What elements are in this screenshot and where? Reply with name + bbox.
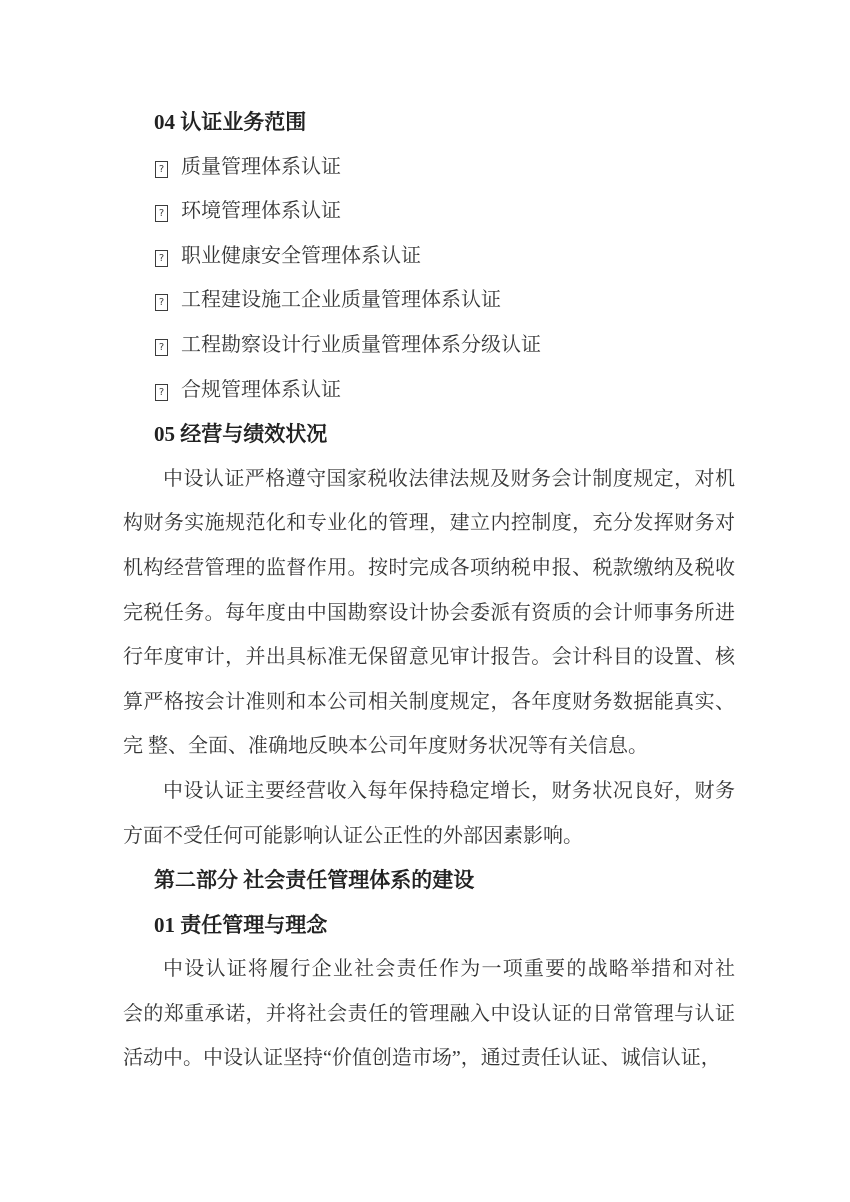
document-page: 04 认证业务范围?质量管理体系认证?环境管理体系认证?职业健康安全管理体系认证… (0, 0, 850, 1202)
section-heading: 04 认证业务范围 (123, 100, 735, 145)
paragraph-line: 中设认证严格遵守国家税收法律法规及财务会计制度规定，对机 (123, 457, 735, 502)
section-heading: 第二部分 社会责任管理体系的建设 (123, 858, 735, 903)
missing-glyph-icon: ? (155, 339, 168, 356)
missing-glyph-icon: ? (155, 384, 168, 401)
paragraph-line: 活动中。中设认证坚持“价值创造市场”，通过责任认证、诚信认证， (123, 1036, 735, 1081)
paragraph-line: 完税任务。每年度由中国勘察设计协会委派有资质的会计师事务所进 (123, 591, 735, 636)
missing-glyph-icon: ? (155, 205, 168, 222)
document-content: 04 认证业务范围?质量管理体系认证?环境管理体系认证?职业健康安全管理体系认证… (123, 100, 735, 1081)
bullet-list-item: ?环境管理体系认证 (123, 189, 735, 234)
paragraph-line: 机构经营管理的监督作用。按时完成各项纳税申报、税款缴纳及税收 (123, 546, 735, 591)
paragraph-line: 会的郑重承诺，并将社会责任的管理融入中设认证的日常管理与认证 (123, 992, 735, 1037)
missing-glyph-icon: ? (155, 250, 168, 267)
paragraph-line: 构财务实施规范化和专业化的管理，建立内控制度，充分发挥财务对 (123, 501, 735, 546)
paragraph-line: 算严格按会计准则和本公司相关制度规定，各年度财务数据能真实、 (123, 680, 735, 725)
missing-glyph-icon: ? (155, 161, 168, 178)
bullet-item-label: 职业健康安全管理体系认证 (181, 245, 421, 267)
bullet-item-label: 合规管理体系认证 (181, 379, 341, 401)
paragraph-line: 中设认证主要经营收入每年保持稳定增长，财务状况良好，财务 (123, 769, 735, 814)
missing-glyph-icon: ? (155, 294, 168, 311)
bullet-list-item: ?工程勘察设计行业质量管理体系分级认证 (123, 323, 735, 368)
bullet-item-label: 工程建设施工企业质量管理体系认证 (181, 289, 501, 311)
paragraph-line: 中设认证将履行企业社会责任作为一项重要的战略举措和对社 (123, 947, 735, 992)
bullet-list-item: ?工程建设施工企业质量管理体系认证 (123, 278, 735, 323)
bullet-item-label: 工程勘察设计行业质量管理体系分级认证 (181, 334, 541, 356)
section-heading: 05 经营与绩效状况 (123, 412, 735, 457)
bullet-list-item: ?质量管理体系认证 (123, 145, 735, 190)
section-heading: 01 责任管理与理念 (123, 903, 735, 948)
bullet-item-label: 质量管理体系认证 (181, 156, 341, 178)
paragraph-line: 行年度审计，并出具标准无保留意见审计报告。会计科目的设置、核 (123, 635, 735, 680)
bullet-list-item: ?合规管理体系认证 (123, 368, 735, 413)
bullet-list-item: ?职业健康安全管理体系认证 (123, 234, 735, 279)
paragraph-line: 完 整、全面、准确地反映本公司年度财务状况等有关信息。 (123, 724, 735, 769)
bullet-item-label: 环境管理体系认证 (181, 200, 341, 222)
paragraph-line: 方面不受任何可能影响认证公正性的外部因素影响。 (123, 814, 735, 859)
